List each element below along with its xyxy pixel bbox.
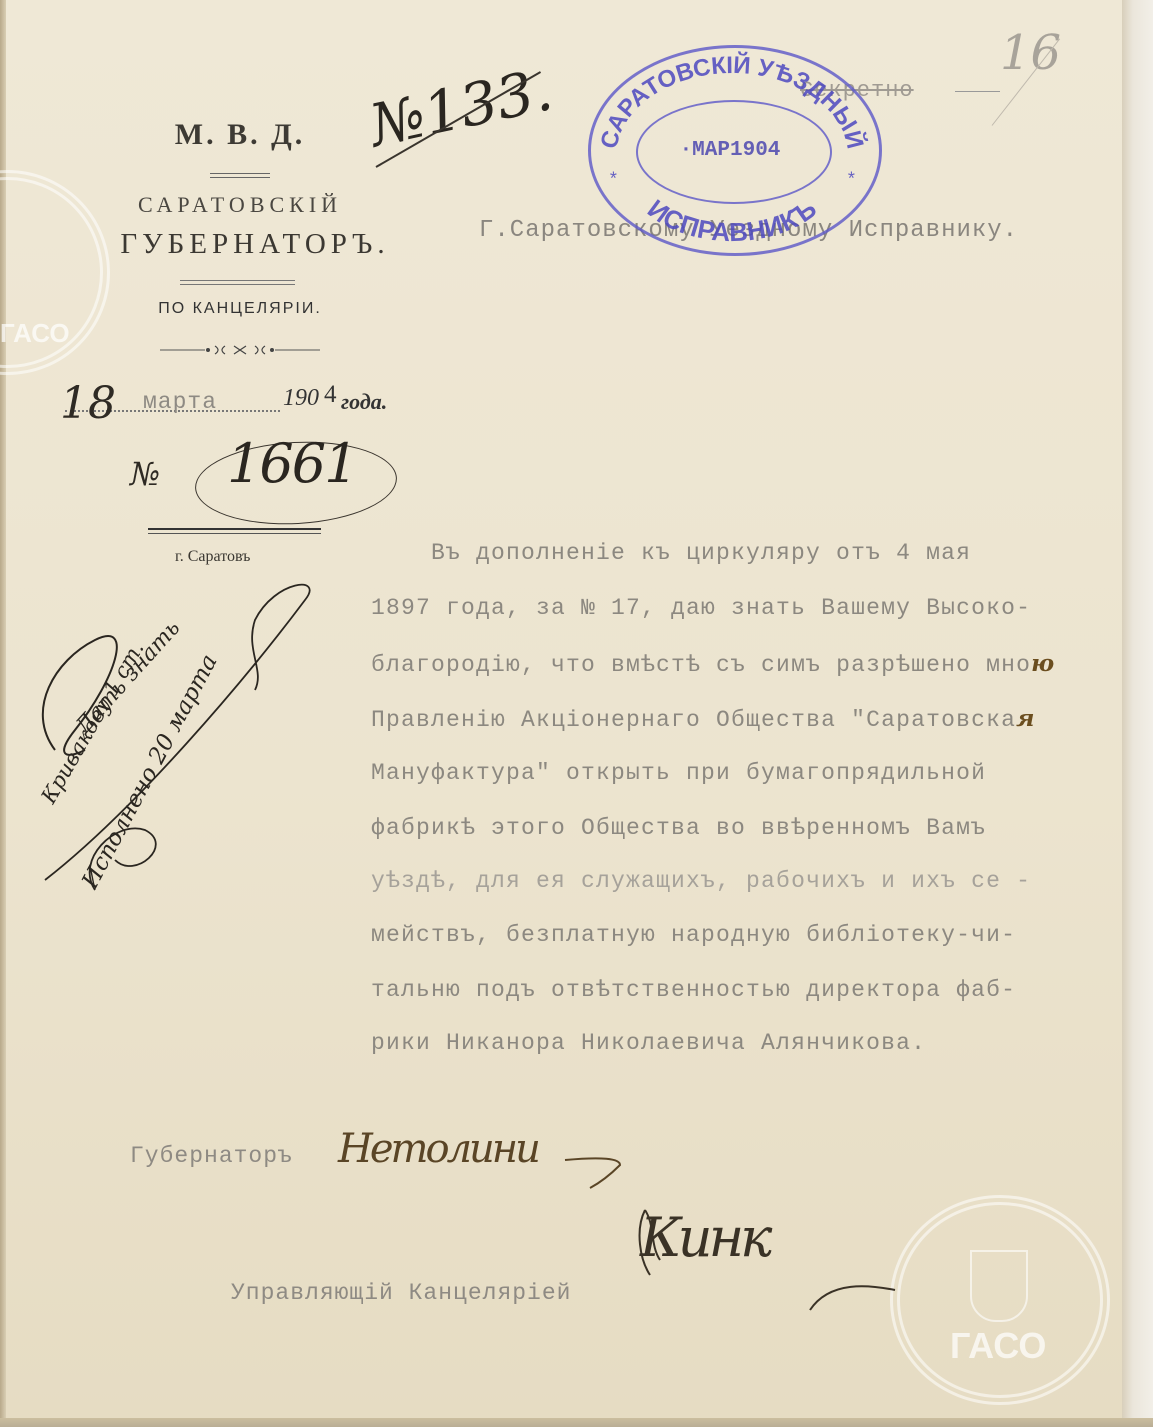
pencil-dash (955, 91, 1000, 92)
body-line: Мануфактура" открыть при бумагопрядильно… (371, 760, 986, 786)
handwritten-correction: я (1016, 705, 1036, 732)
number-sign: № (130, 455, 160, 493)
governor-signature: Нетолини (338, 1126, 538, 1172)
date-year-digit: 4 (324, 381, 337, 409)
body-line-text: Правленію Акціонернаго Общества "Саратов… (371, 707, 1016, 733)
stamp-date: ·МАР1904 (650, 139, 810, 162)
body-line: Въ дополненіе къ циркуляру отъ 4 мая (431, 540, 971, 566)
letterhead-line2: ГУБЕРНАТОРЪ. (100, 228, 410, 261)
body-line: благородію, что вмѣстѣ съ симъ разрѣшено… (371, 650, 1055, 678)
outgoing-number: 1661 (227, 432, 356, 495)
body-line: 1897 года, за № 17, даю знать Вашему Выс… (371, 595, 1031, 621)
governor-label: Губернаторъ (130, 1143, 293, 1169)
page-bottom-edge (0, 1418, 1153, 1427)
governor-signature-flourish (560, 1150, 640, 1190)
date-suffix: года. (341, 389, 387, 415)
date-month: марта (143, 389, 217, 415)
archive-watermark-right-label: ГАСО (950, 1325, 1046, 1367)
letterhead-ministry: М. В. Д. (150, 118, 330, 152)
body-line: тальню подъ отвѣтственностью директора ф… (371, 977, 1016, 1003)
date-day: 18 (60, 378, 116, 429)
ornament-divider-icon (160, 343, 320, 357)
page-right-edge (1122, 0, 1153, 1427)
date-year-prefix: 190 (283, 385, 319, 412)
letterhead-rule (180, 280, 295, 285)
letterhead-line1: САРАТОВСКІЙ (110, 192, 370, 218)
handwritten-correction: ю (1031, 650, 1055, 677)
body-line: фабрикѣ этого Общества во ввѣренномъ Вам… (371, 815, 986, 841)
archive-watermark-left-label: ГАСО (0, 318, 70, 349)
letterhead-line3: ПО КАНЦЕЛЯРІИ. (110, 300, 370, 318)
margin-resolution: Дать знать Кривакову 1 ст. Исполнено 20 … (15, 560, 375, 900)
body-line: Правленію Акціонернаго Общества "Саратов… (371, 705, 1036, 733)
svg-text:САРАТОВСКІЙ УѢЗДНЫЙ: САРАТОВСКІЙ УѢЗДНЫЙ (595, 51, 869, 152)
pencil-page-number: 16 (1000, 25, 1061, 81)
letterhead-rule (210, 173, 270, 178)
svg-text:*: * (846, 171, 857, 191)
chancery-signature-flourish (620, 1200, 910, 1330)
svg-text:ИСПРАВНИКЪ: ИСПРАВНИКЪ (642, 193, 822, 247)
svg-text:*: * (608, 171, 619, 191)
chancery-manager-label: Управляющій Канцеляріей (231, 1280, 571, 1306)
body-line-text: благородію, что вмѣстѣ съ симъ разрѣшено… (371, 652, 1031, 678)
body-line: мействъ, безплатную народную библіотеку-… (371, 922, 1016, 948)
coat-of-arms-icon (970, 1250, 1028, 1322)
body-line: рики Никанора Николаевича Алянчикова. (371, 1030, 926, 1056)
number-rule (148, 528, 321, 534)
body-line: уѣздѣ, для ея служащихъ, рабочихъ и ихъ … (371, 868, 1031, 894)
